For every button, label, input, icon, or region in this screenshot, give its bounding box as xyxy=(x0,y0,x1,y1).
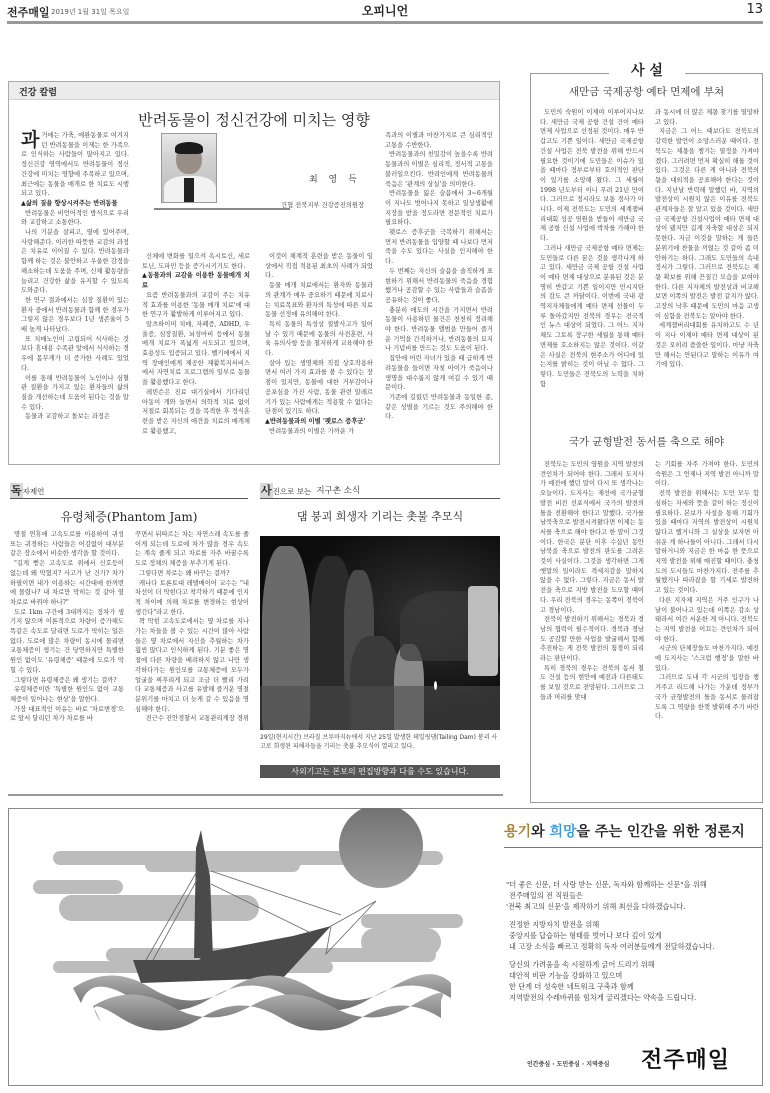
reader-article-title: 유령체증(Phantom Jam) xyxy=(10,508,248,525)
photo-news-tag: 사진으로 보는 지구촌 소식 xyxy=(260,483,500,499)
health-column: 건강 칼럼 반려동물이 정신건강에 미치는 영향 과거에는 가축, 애완동물로 … xyxy=(8,81,500,465)
editorial-box: 사 설 새만금 국제공항 예타 면제에 부쳐 도민의 숙원이 이제야 이루어지나… xyxy=(530,73,763,803)
newspaper-ad: 용기와 희망을 주는 인간을 위한 정론지 "더 좋은 신문, 더 사랑 받는 … xyxy=(8,808,763,1086)
ad-tagline: 인간중심 · 도민중심 · 지역중심 xyxy=(527,1059,609,1068)
article-column-3: 이것이 체계적 훈련을 받은 동물이 임상에서 직접 적용된 최초의 사례가 되… xyxy=(265,252,373,436)
editorial-title-2: 국가 균형발전 동서를 축으로 해야 xyxy=(531,434,762,449)
editorial-title-1: 새만금 국제공항 예타 면제에 부쳐 xyxy=(531,84,762,99)
article-column-4: 족과의 이별과 마찬가지로 큰 심리적인 고통을 수반한다. 반려동물과의 친밀… xyxy=(385,131,493,422)
section-divider xyxy=(8,794,503,796)
ad-rule xyxy=(504,847,762,848)
ad-paragraph-2: 진정한 지방자치 발전을 위해 중앙지를 답습하는 형태를 벗어나 보다 깊이 … xyxy=(506,919,715,952)
byline-rule xyxy=(154,208,290,210)
editorial-1-column-1: 도민의 숙원이 이제야 이루어지나보다. 새만금 국제 공항 건설 건이 예타 … xyxy=(540,108,644,389)
editorial-1-column-2: 과 동시에 더 많은 제몫 찾기를 열망하고 있다. 지금은 그 어느 때보다도… xyxy=(655,108,759,370)
section-title: 오피니언 xyxy=(7,2,763,19)
editorial-label: 사 설 xyxy=(609,60,685,80)
photo-news-title: 댐 붕괴 희생자 기리는 촛불 추모식 xyxy=(260,508,500,524)
editorial-2-column-2: 는 기회를 자주 가져야 한다. 도민의 숙원은 그 언제나 지역 발전 아니까… xyxy=(655,460,759,722)
article-title: 반려동물이 정신건강에 미치는 영향 xyxy=(9,109,499,130)
photo-caption: 29일(현지시간) 브라질 브루마지뉴에서 지난 25일 발생한 테일링댐(Ta… xyxy=(260,733,500,751)
page-number: 13 xyxy=(746,2,763,17)
masthead-rule xyxy=(7,21,763,24)
author-role: 건협 전북지부 건강증진의원장 xyxy=(281,200,364,209)
ad-logo: 전주매일 xyxy=(641,1043,730,1074)
dropcap: 과 xyxy=(21,131,39,149)
author-photo xyxy=(161,133,217,203)
vigil-photo xyxy=(260,536,500,730)
column-tag: 건강 칼럼 xyxy=(9,82,499,100)
ad-paragraph-1: "더 좋은 신문, 더 사랑 받는 신문, 독자와 함께하는 신문"을 위해 전… xyxy=(506,879,707,912)
ad-paragraph-3: 당신의 가려움을 속 시원하게 긁어 드리기 위해 대안적 비판 기능을 강화하… xyxy=(506,959,696,1003)
article-column-1: 과거에는 가축, 애완동물로 여겨지던 반려동물을 이제는 한 가족으로 인식하… xyxy=(21,131,129,422)
pen-ship-illustration xyxy=(1,808,481,1083)
reader-column-1: 명절 연휴에 고속도로를 이용하여 귀성 또는 귀경하는 사람들은 어김없이 대… xyxy=(10,530,124,724)
article-column-2: 신체에 변화를 일으켜 옥시토신, 세로토닌, 도파민 등을 증가시키기도 한다… xyxy=(142,252,250,436)
reader-column-2: 꾸면서 뒤따르는 차는 자연스레 속도를 줄이게 되는데 도로에 차가 많을 경… xyxy=(135,530,249,724)
ad-slogan: 용기와 희망을 주는 인간을 위한 정론지 xyxy=(504,821,745,841)
reader-column-tag: 독자제언 xyxy=(10,483,248,499)
disclaimer-banner: 사외기고는 본보의 편집방향과 다를 수도 있습니다. xyxy=(260,765,500,778)
masthead: 전주매일 2019년 1월 31일 목요일 오피니언 13 xyxy=(7,0,763,26)
author-name: 최 영 득 xyxy=(309,172,361,185)
editorial-2-column-1: 전북도는 도민의 염원을 지역 발전의 견인차가 되어야 한다. 그래서 도지사… xyxy=(540,460,644,703)
reader-byline: 전근수 진안경찰서 교통관리계장 경위 xyxy=(135,714,249,724)
